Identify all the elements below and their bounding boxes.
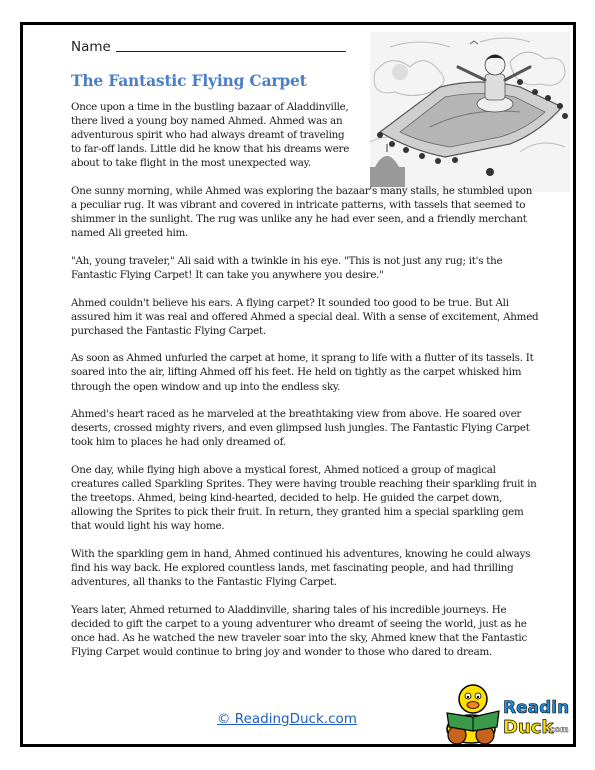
name-blank-line[interactable] — [116, 50, 346, 52]
story-paragraph: As soon as Ahmed unfurled the carpet at … — [71, 351, 541, 393]
story-paragraph: Years later, Ahmed returned to Aladdinvi… — [71, 603, 541, 659]
worksheet-page: Name The Fantastic Flying Carpet — [20, 22, 576, 747]
logo-text-reading: Reading — [503, 698, 569, 718]
story-paragraph: One sunny morning, while Ahmed was explo… — [71, 184, 541, 240]
logo-text-com: .com — [547, 725, 569, 734]
story-paragraph: One day, while flying high above a mysti… — [71, 463, 541, 533]
story-paragraph: Once upon a time in the bustling bazaar … — [71, 100, 351, 170]
reading-duck-logo: Reading Duck .com — [441, 683, 569, 745]
story-paragraph: With the sparkling gem in hand, Ahmed co… — [71, 547, 541, 589]
story-paragraph: "Ah, young traveler," Ali said with a tw… — [71, 254, 541, 282]
story-paragraph: Ahmed's heart raced as he marveled at th… — [71, 407, 541, 449]
story-title: The Fantastic Flying Carpet — [71, 71, 307, 90]
story-paragraph: Ahmed couldn't believe his ears. A flyin… — [71, 296, 541, 338]
name-field: Name — [71, 39, 346, 55]
readingduck-copyright-link[interactable]: © ReadingDuck.com — [217, 711, 357, 727]
name-label: Name — [71, 39, 111, 55]
story-body: Once upon a time in the bustling bazaar … — [71, 100, 541, 673]
